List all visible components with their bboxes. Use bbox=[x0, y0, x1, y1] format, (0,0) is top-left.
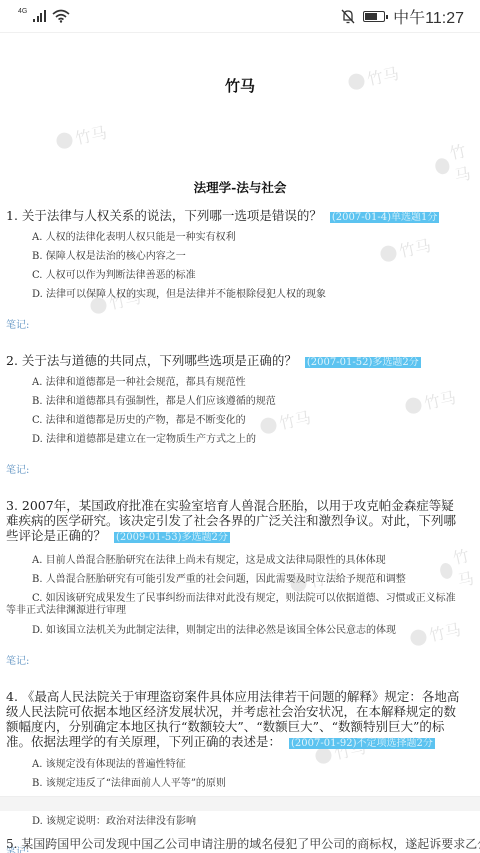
question-stem: 2. 关于法与道德的共同点，下列哪些选项是正确的？(2007-01-52)多选题… bbox=[6, 353, 462, 370]
option-b: B. 保障人权是法治的核心内容之一 bbox=[32, 247, 462, 266]
question-tag: (2007-01-52)多选题2分 bbox=[305, 357, 421, 368]
clock: 中午11:27 bbox=[393, 5, 464, 28]
question-stem: 4. 《最高人民法院关于审理盗窃案件具体应用法律若干问题的解释》规定：各地高级人… bbox=[6, 689, 462, 751]
option-d: D. 法律和道德都是建立在一定物质生产方式之上的 bbox=[32, 430, 462, 449]
note-label[interactable]: 笔记: bbox=[6, 316, 462, 331]
question-stem: 1. 关于法律与人权关系的说法，下列哪一选项是错误的？(2007-01-4)单选… bbox=[6, 208, 462, 225]
option-a: A. 法律和道德都是一种社会规范，都具有规范性 bbox=[32, 373, 462, 392]
question-1: 1. 关于法律与人权关系的说法，下列哪一选项是错误的？(2007-01-4)单选… bbox=[18, 208, 462, 331]
question-4: 4. 《最高人民法院关于审理盗窃案件具体应用法律若干问题的解释》规定：各地高级人… bbox=[18, 689, 462, 853]
option-a: A. 人权的法律化表明人权只能是一种实有权利 bbox=[32, 228, 462, 247]
wifi-icon bbox=[52, 9, 70, 23]
mute-icon bbox=[341, 9, 355, 24]
question-tag: (2007-01-92)不定项选择题2分 bbox=[289, 738, 435, 749]
option-b: B. 人兽混合胚胎研究有可能引发严重的社会问题，因此需要及时立法给予规范和调整 bbox=[32, 570, 462, 589]
option-d: D. 如该国立法机关为此制定法律，则制定出的法律必然是该国全体公民意志的体现 bbox=[32, 621, 462, 640]
option-c: C. 如因该研究成果发生了民事纠纷而法律对此没有规定，则法院可以依据道德、习惯或… bbox=[6, 589, 462, 621]
note-label[interactable]: 笔记: bbox=[6, 652, 462, 667]
option-c: C. 人权可以作为判断法律善恶的标准 bbox=[32, 266, 462, 285]
page-divider bbox=[0, 796, 480, 811]
option-c: C. 法律和道德都是历史的产物，都是不断变化的 bbox=[32, 411, 462, 430]
signal-icon bbox=[33, 10, 46, 22]
question-3: 3. 2007年，某国政府批准在实验室培育人兽混合胚胎，以用于攻克帕金森症等疑难… bbox=[18, 498, 462, 667]
question-tag: (2007-01-4)单选题1分 bbox=[330, 212, 439, 223]
document-page: 竹马 法理学-法与社会 1. 关于法律与人权关系的说法，下列哪一选项是错误的？(… bbox=[0, 75, 480, 853]
question-tag: (2009-01-53)多选题2分 bbox=[114, 532, 230, 543]
status-bar: 4G 中午11:27 bbox=[0, 0, 480, 33]
question-2: 2. 关于法与道德的共同点，下列哪些选项是正确的？(2007-01-52)多选题… bbox=[18, 353, 462, 476]
option-d: D. 该规定说明：政治对法律没有影响 bbox=[32, 812, 462, 831]
section-title: 法理学-法与社会 bbox=[18, 178, 462, 196]
option-d: D. 法律可以保障人权的实现，但是法律并不能根除侵犯人权的现象 bbox=[32, 285, 462, 304]
battery-icon bbox=[363, 11, 385, 22]
note-label[interactable]: 笔记: bbox=[6, 461, 462, 476]
option-b: B. 法律和道德都具有强制性，都是人们应该遵循的规范 bbox=[32, 392, 462, 411]
option-a: A. 该规定没有体现法的普遍性特征 bbox=[32, 755, 462, 774]
option-b: B. 该规定违反了“法律面前人人平等”的原则 bbox=[32, 774, 462, 793]
question-5-partial: 5. 某国跨国甲公司发现中国乙公司申请注册的域名侵犯了甲公司的商标权，遂起诉要求… bbox=[6, 835, 480, 852]
network-type: 4G bbox=[18, 8, 27, 15]
document-title: 竹马 bbox=[18, 75, 462, 96]
option-a: A. 目前人兽混合胚胎研究在法律上尚未有规定，这是成文法律局限性的具体体现 bbox=[32, 551, 462, 570]
question-stem: 3. 2007年，某国政府批准在实验室培育人兽混合胚胎，以用于攻克帕金森症等疑难… bbox=[6, 498, 462, 545]
